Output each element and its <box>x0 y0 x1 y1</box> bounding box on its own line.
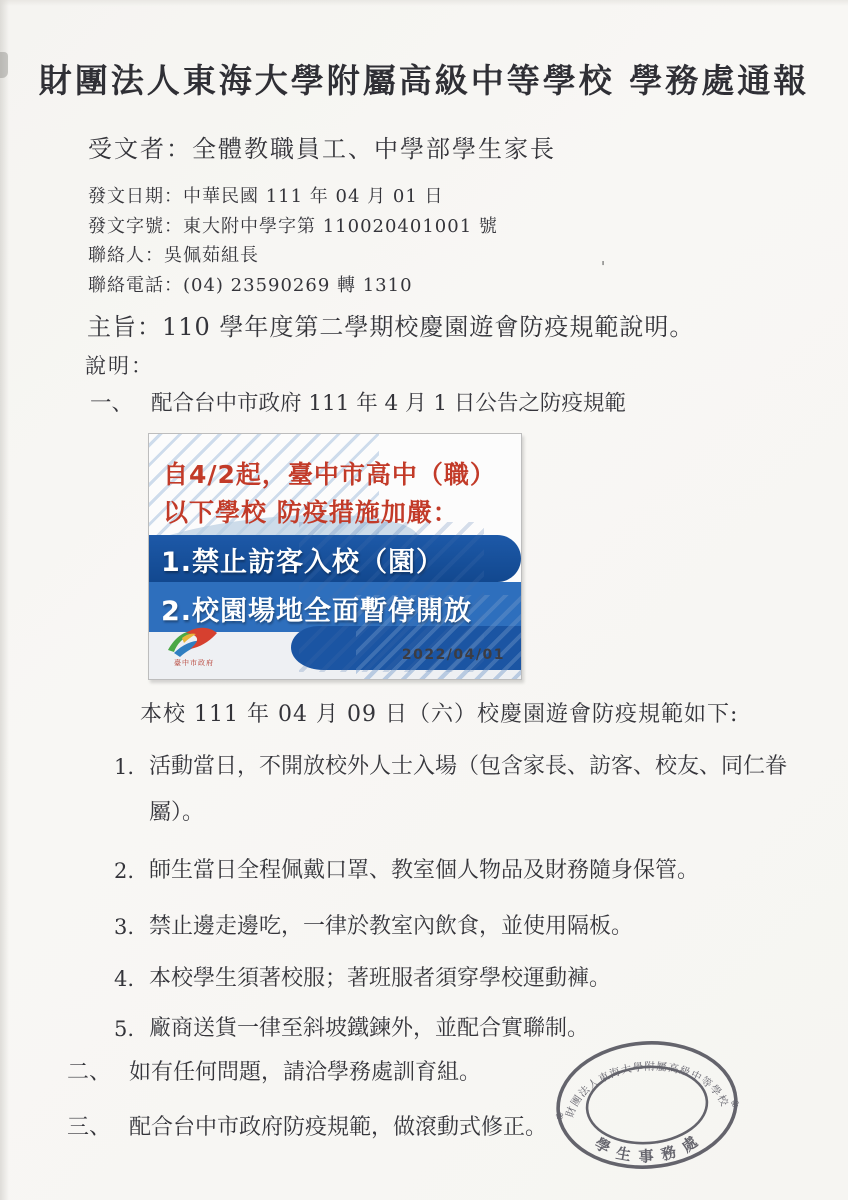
rule-number: 4. <box>114 956 149 1002</box>
poster-headline-line2: 以下學校 防疫措施加嚴： <box>163 498 459 527</box>
stamp-flower-left-icon: ❀ <box>555 1111 564 1123</box>
rule-number: 5. <box>114 1006 149 1052</box>
section-text: 配合台中市政府 111 年 4 月 1 日公告之防疫規範 <box>151 386 626 417</box>
rule-text: 禁止邊走邊吃，一律於教室內飲食，並使用隔板。 <box>149 904 633 950</box>
rule-item-4: 4. 本校學生須著校服；著班服者須穿學校運動褲。 <box>114 956 790 1002</box>
rule-text: 廠商送貨一律至斜坡鐵鍊外，並配合實聯制。 <box>149 1006 589 1052</box>
contact-person-line: 聯絡人：吳佩茹組長 <box>88 241 498 271</box>
rule-number: 3. <box>114 904 149 950</box>
section-item-3: 三、 配合台中市政府防疫規範，做滾動式修正。 <box>67 1110 547 1141</box>
poster-headline-line1: 自4/2起，臺中市高中（職） <box>163 460 496 489</box>
explanation-label: 說明： <box>85 350 154 380</box>
rule-text: 本校學生須著校服；著班服者須穿學校運動褲。 <box>149 956 611 1002</box>
section-item-1: 一、 配合台中市政府 111 年 4 月 1 日公告之防疫規範 <box>90 386 626 417</box>
poster-rule-1: 1.禁止訪客入校（園） <box>161 540 444 579</box>
rule-item-3: 3. 禁止邊走邊吃，一律於教室內飲食，並使用隔板。 <box>114 904 790 950</box>
rule-number: 2. <box>114 848 149 894</box>
rule-text: 師生當日全程佩戴口罩、教室個人物品及財務隨身保管。 <box>149 848 699 894</box>
section-text: 如有任何問題，請洽學務處訓育組。 <box>129 1055 481 1086</box>
scan-edge-shadow-top <box>0 0 848 6</box>
rule-number: 1. <box>114 744 149 836</box>
contact-phone-line: 聯絡電話：(04) 23590269 轉 1310 <box>88 271 498 301</box>
poster-logo-caption: 臺中市政府 <box>162 658 226 668</box>
issue-date-line: 發文日期：中華民國 111 年 04 月 01 日 <box>88 182 498 212</box>
subject-line: 主旨：110 學年度第二學期校慶園遊會防疫規範說明。 <box>87 307 694 342</box>
recipient-line: 受文者：全體教職員工、中學部學生家長 <box>88 129 556 164</box>
reference-number-line: 發文字號：東大附中學字第 110020401001 號 <box>88 212 498 242</box>
rule-item-1: 1. 活動當日，不開放校外人士入場（包含家長、訪客、校友、同仁眷屬）。 <box>114 744 790 836</box>
section-marker: 一、 <box>90 386 133 417</box>
poster-headline: 自4/2起，臺中市高中（職） 以下學校 防疫措施加嚴： <box>163 456 496 532</box>
section-item-2: 二、 如有任何問題，請洽學務處訓育組。 <box>67 1055 481 1086</box>
section-text: 配合台中市政府防疫規範，做滾動式修正。 <box>129 1110 547 1141</box>
scan-edge-shadow-left <box>0 0 9 1200</box>
scan-artifact-tick: ' <box>601 258 605 276</box>
taichung-city-government-logo-icon: 臺中市政府 <box>162 622 226 672</box>
poster-date: 2022/04/01 <box>402 647 505 663</box>
rule-text: 活動當日，不開放校外人士入場（包含家長、訪客、校友、同仁眷屬）。 <box>149 744 790 836</box>
intro-line: 本校 111 年 04 月 09 日（六）校慶園遊會防疫規範如下: <box>140 697 738 728</box>
stamp-flower-right-icon: ❀ <box>731 1099 740 1111</box>
meta-block: 發文日期：中華民國 111 年 04 月 01 日 發文字號：東大附中學字第 1… <box>88 182 498 300</box>
document-title: 財團法人東海大學附屬高級中等學校 學務處通報 <box>0 55 848 102</box>
section-marker: 二、 <box>67 1055 111 1086</box>
rule-item-2: 2. 師生當日全程佩戴口罩、教室個人物品及財務隨身保管。 <box>114 848 790 894</box>
covid-policy-poster-image: 自4/2起，臺中市高中（職） 以下學校 防疫措施加嚴： 1.禁止訪客入校（園） … <box>148 433 522 680</box>
student-affairs-office-stamp: 財團法人東海大學附屬高級中等學校 學生事務處 ❀ ❀ <box>544 1028 749 1181</box>
section-marker: 三、 <box>67 1110 111 1141</box>
